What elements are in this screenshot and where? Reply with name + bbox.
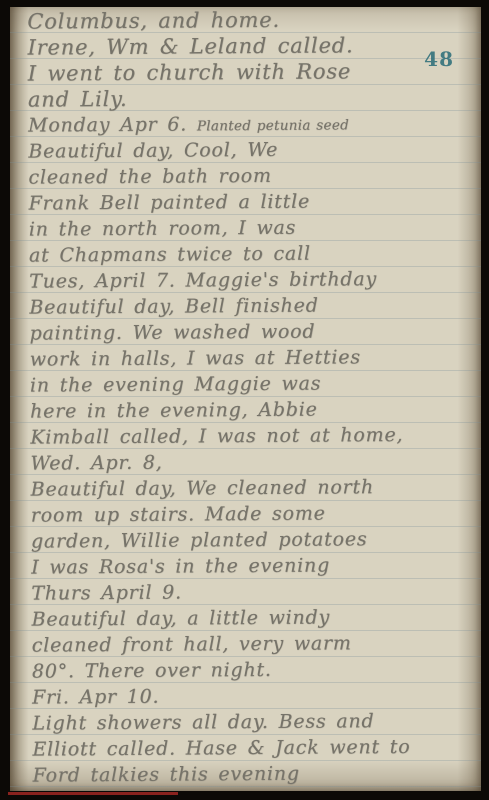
diary-line: room up stairs. Made some [31,499,476,528]
diary-line: at Chapmans twice to call [29,239,474,268]
diary-line: here in the evening, Abbie [30,395,475,424]
diary-line: Kimball called, I was not at home, [30,421,475,450]
diary-line: 80°. There over night. [32,655,477,684]
diary-line: Beautiful day, a little windy [31,603,476,632]
diary-scan: Columbus, and home. Irene, Wm & Leland c… [0,0,489,800]
diary-line: Beautiful day, We cleaned north [31,473,476,502]
diary-line: Ford talkies this evening [33,759,478,788]
diary-line: cleaned front hall, very warm [32,629,477,658]
diary-line: Monday Apr 6. Planted petunia seed [28,109,473,138]
diary-line: Beautiful day, Bell finished [29,291,474,320]
diary-line-note: Planted petunia seed [197,117,349,134]
diary-line: Fri. Apr 10. [32,681,477,710]
diary-line: work in halls, I was at Hetties [30,343,475,372]
diary-line: cleaned the bath room [28,161,473,190]
diary-line: Columbus, and home. [27,5,472,34]
diary-line: Tues, April 7. Maggie's birthday [29,265,474,294]
diary-line: Beautiful day, Cool, We [28,135,473,164]
handwriting-block: Columbus, and home. Irene, Wm & Leland c… [27,5,477,788]
diary-line: Frank Bell painted a little [29,187,474,216]
diary-line: in the evening Maggie was [30,369,475,398]
diary-line: Light showers all day. Bess and [32,707,477,736]
diary-line: I went to church with Rose [28,57,473,86]
diary-line: garden, Willie planted potatoes [31,525,476,554]
diary-line: Wed. Apr. 8, [30,447,475,476]
diary-line: I was Rosa's in the evening [31,551,476,580]
diary-line: Irene, Wm & Leland called. [27,31,472,60]
diary-date: Monday Apr 6. [28,113,187,136]
diary-line: painting. We washed wood [29,317,474,346]
diary-line: in the north room, I was [29,213,474,242]
binding-red-line [8,792,178,795]
diary-line: and Lily. [28,83,473,112]
diary-line: Thurs April 9. [31,577,476,606]
page-number-stamp: 48 [424,47,454,71]
diary-page: Columbus, and home. Irene, Wm & Leland c… [10,7,481,791]
diary-line: Elliott called. Hase & Jack went to [32,733,477,762]
